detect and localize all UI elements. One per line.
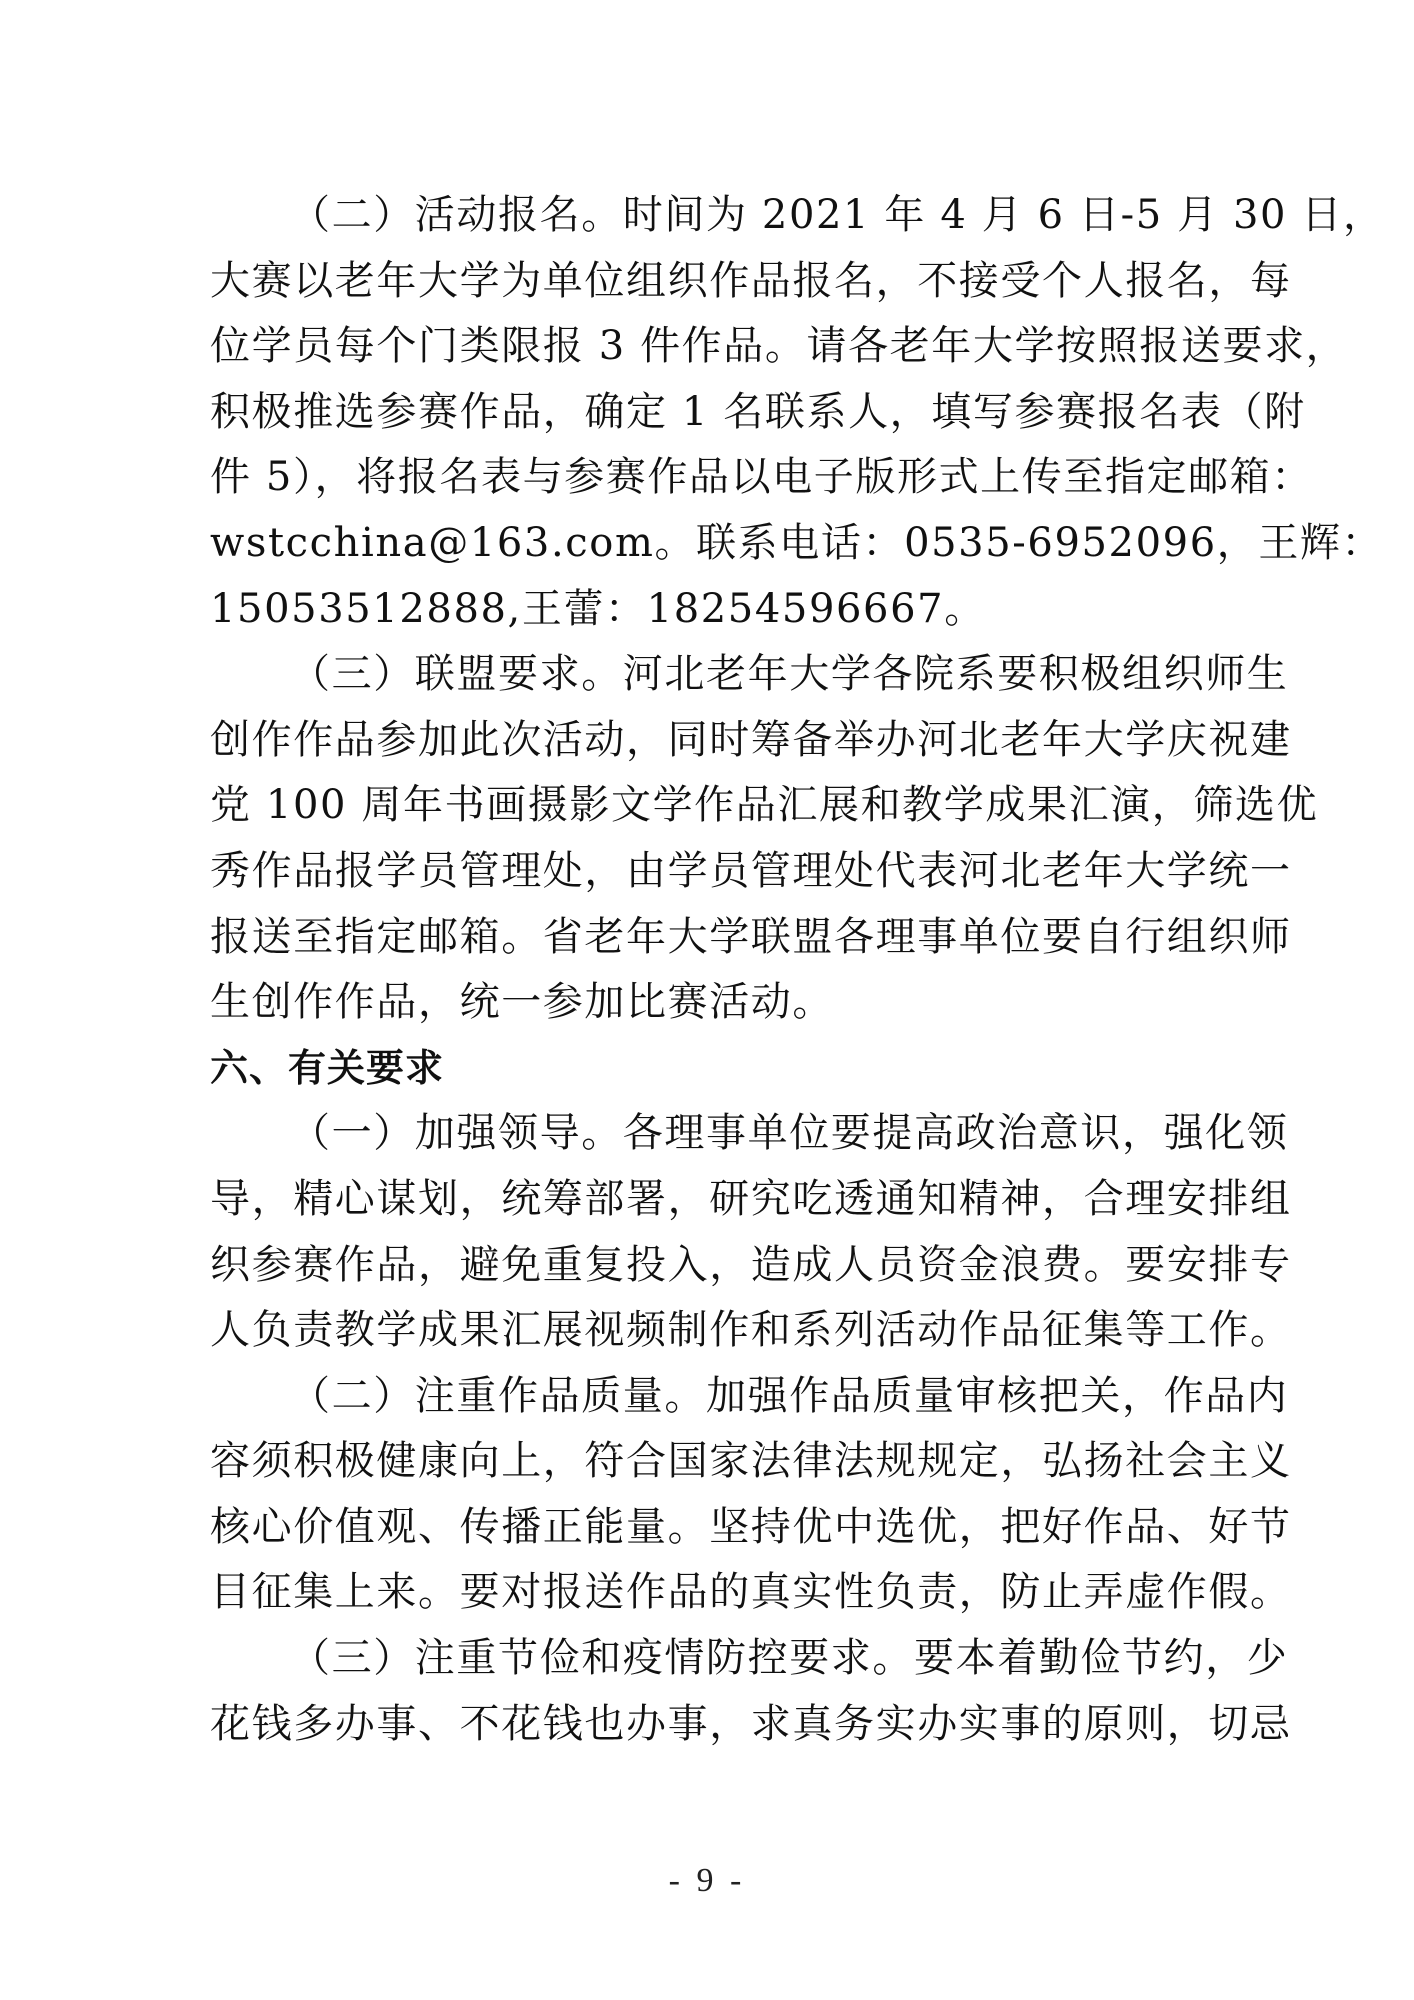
text-line: 导，精心谋划，统筹部署，研究吃透通知精神，合理安排组 xyxy=(210,1167,1198,1233)
text-line: 织参赛作品，避免重复投入，造成人员资金浪费。要安排专 xyxy=(210,1233,1198,1299)
text-line: 目征集上来。要对报送作品的真实性负责，防止弄虚作假。 xyxy=(210,1560,1198,1626)
text-line: （二）注重作品质量。加强作品质量审核把关，作品内 xyxy=(210,1364,1198,1430)
paragraph-quality: （二）注重作品质量。加强作品质量审核把关，作品内 容须积极健康向上，符合国家法律… xyxy=(210,1364,1198,1626)
text-line: （一）加强领导。各理事单位要提高政治意识，强化领 xyxy=(210,1101,1198,1167)
section-heading-six: 六、有关要求 xyxy=(210,1036,1198,1102)
text-line: 大赛以老年大学为单位组织作品报名，不接受个人报名，每 xyxy=(210,249,1198,315)
paragraph-leadership: （一）加强领导。各理事单位要提高政治意识，强化领 导，精心谋划，统筹部署，研究吃… xyxy=(210,1101,1198,1363)
text-line: 生创作作品，统一参加比赛活动。 xyxy=(210,970,1198,1036)
text-line: 位学员每个门类限报 3 件作品。请各老年大学按照报送要求， xyxy=(210,314,1198,380)
text-line: 人负责教学成果汇展视频制作和系列活动作品征集等工作。 xyxy=(210,1298,1198,1364)
text-line-phones: 15053512888,王蕾：18254596667。 xyxy=(210,577,1198,643)
text-line: 报送至指定邮箱。省老年大学联盟各理事单位要自行组织师 xyxy=(210,905,1198,971)
text-line: （二）活动报名。时间为 2021 年 4 月 6 日-5 月 30 日， xyxy=(210,183,1198,249)
paragraph-registration: （二）活动报名。时间为 2021 年 4 月 6 日-5 月 30 日， 大赛以… xyxy=(210,183,1198,642)
text-line: （三）联盟要求。河北老年大学各院系要积极组织师生 xyxy=(210,642,1198,708)
paragraph-alliance-requirements: （三）联盟要求。河北老年大学各院系要积极组织师生 创作作品参加此次活动，同时筹备… xyxy=(210,642,1198,1036)
text-line: 秀作品报学员管理处，由学员管理处代表河北老年大学统一 xyxy=(210,839,1198,905)
text-line: （三）注重节俭和疫情防控要求。要本着勤俭节约，少 xyxy=(210,1626,1198,1692)
text-line: 创作作品参加此次活动，同时筹备举办河北老年大学庆祝建 xyxy=(210,708,1198,774)
text-line-email: wstcchina@163.com。联系电话：0535-6952096，王辉： xyxy=(210,511,1198,577)
document-page: （二）活动报名。时间为 2021 年 4 月 6 日-5 月 30 日， 大赛以… xyxy=(0,0,1414,2000)
text-line: 容须积极健康向上，符合国家法律法规规定，弘扬社会主义 xyxy=(210,1429,1198,1495)
text-line: 件 5），将报名表与参赛作品以电子版形式上传至指定邮箱： xyxy=(210,445,1198,511)
paragraph-frugality: （三）注重节俭和疫情防控要求。要本着勤俭节约，少 花钱多办事、不花钱也办事，求真… xyxy=(210,1626,1198,1757)
text-line: 积极推选参赛作品，确定 1 名联系人，填写参赛报名表（附 xyxy=(210,380,1198,446)
document-body: （二）活动报名。时间为 2021 年 4 月 6 日-5 月 30 日， 大赛以… xyxy=(210,183,1198,1757)
text-line: 党 100 周年书画摄影文学作品汇展和教学成果汇演，筛选优 xyxy=(210,773,1198,839)
text-line: 花钱多办事、不花钱也办事，求真务实办实事的原则，切忌 xyxy=(210,1692,1198,1758)
text-line: 核心价值观、传播正能量。坚持优中选优，把好作品、好节 xyxy=(210,1495,1198,1561)
page-number: - 9 - xyxy=(0,1862,1414,1900)
